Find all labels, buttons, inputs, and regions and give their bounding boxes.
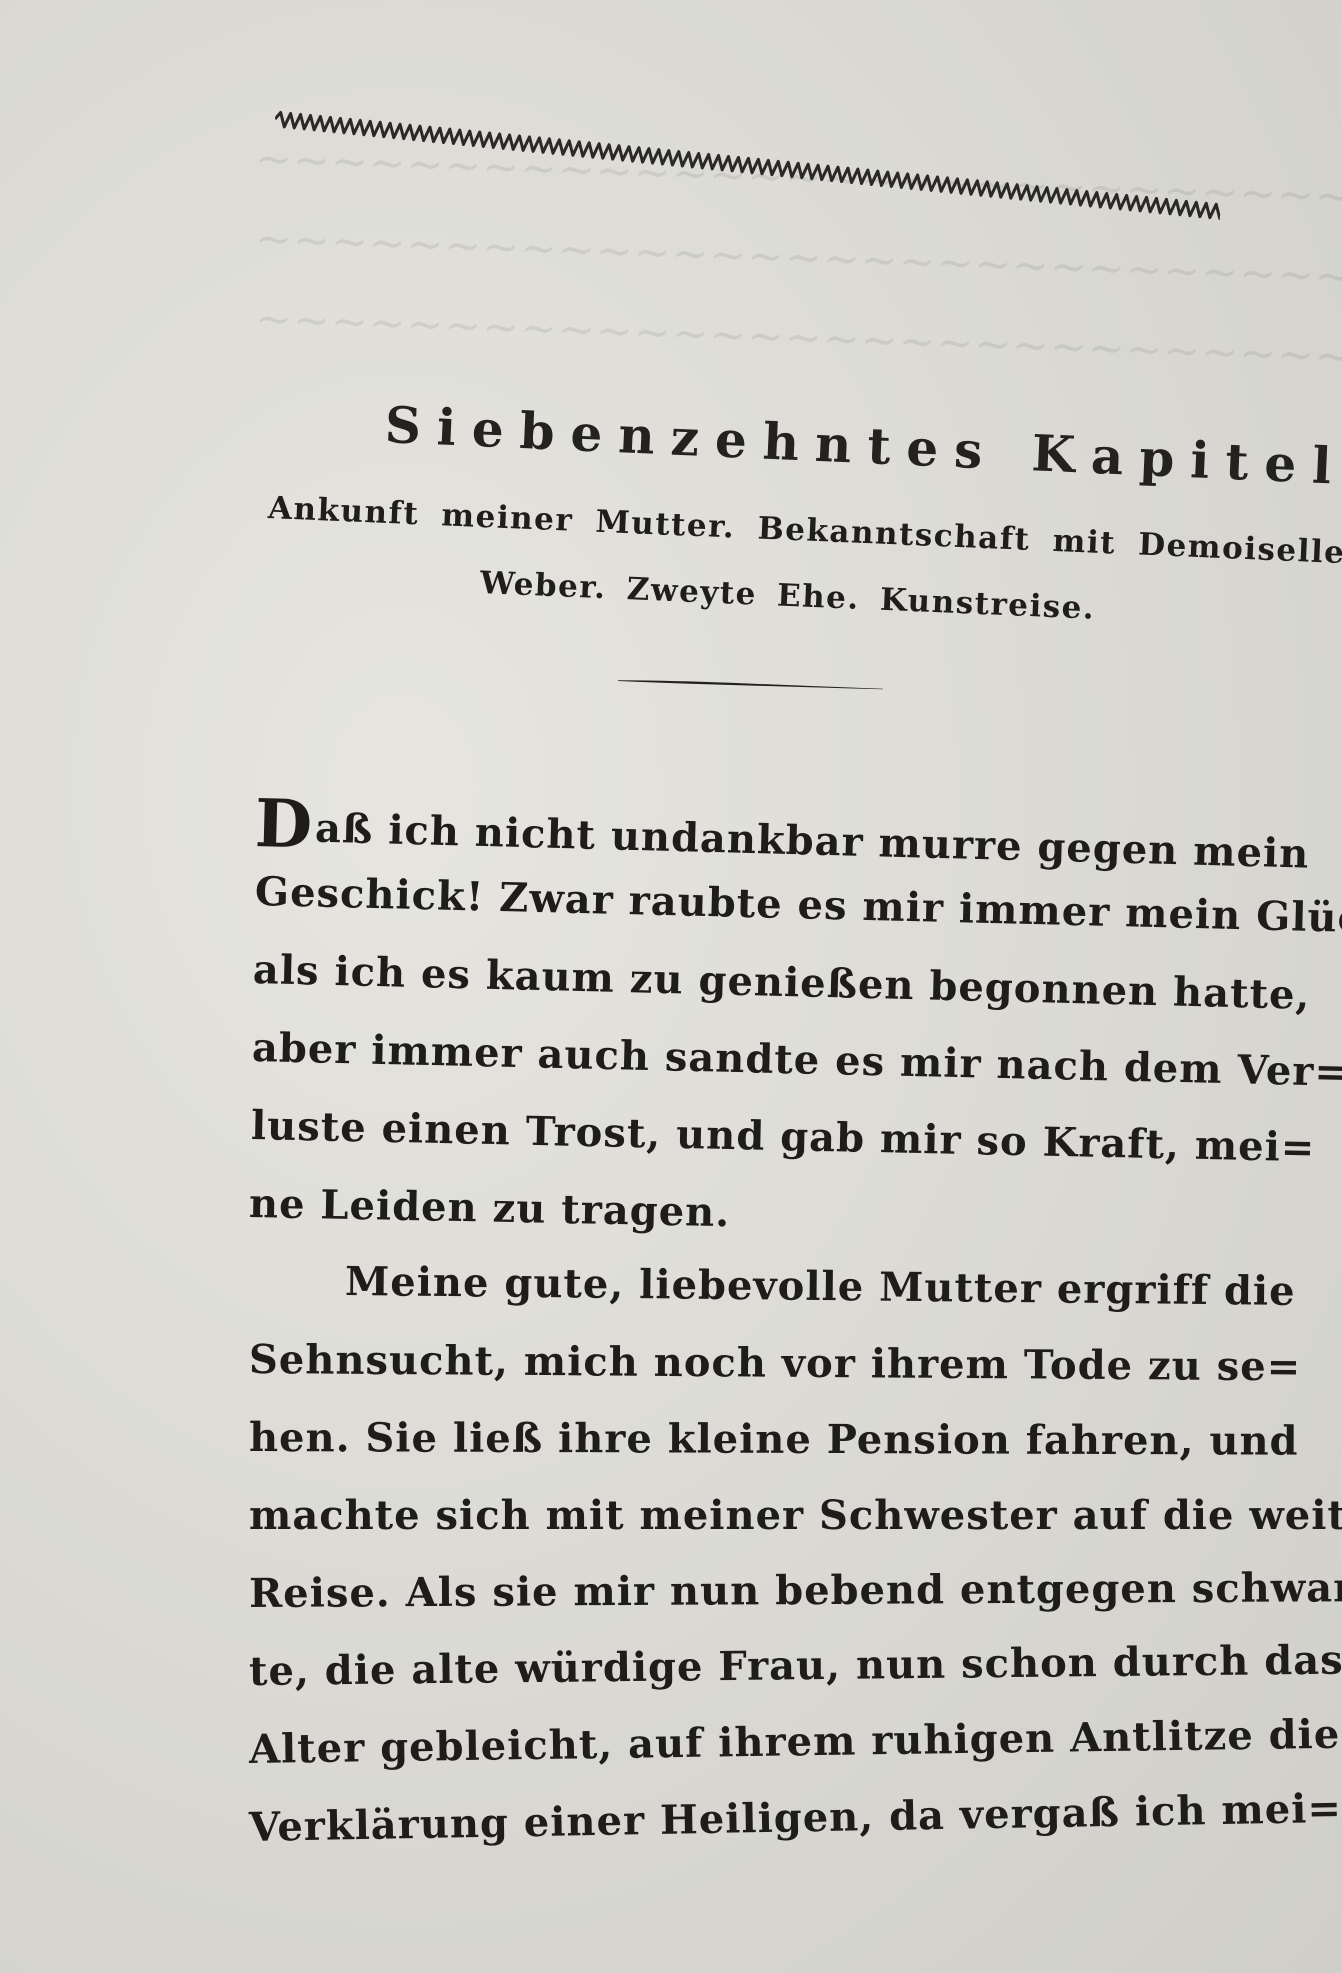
body-text-line: Meine gute, liebevolle Mutter ergriff di… [345, 1258, 1296, 1315]
body-text-line: machte sich mit meiner Schwester auf die… [249, 1492, 1342, 1539]
chapter-summary-line: Weber. Zweyte Ehe. Kunstreise. [479, 565, 1096, 627]
show-through-text: ~~~~~~~~~~~~~~~~~~~~~~~~~~~~~~~ [254, 213, 1215, 297]
drop-cap: D [254, 784, 314, 863]
body-text-line: als ich es kaum zu genießen begonnen hat… [252, 946, 1311, 1019]
body-text-line: hen. Sie ließ ihre kleine Pension fahren… [249, 1414, 1299, 1465]
short-divider-rule [618, 677, 883, 691]
body-text-line: Sehnsucht, mich noch vor ihrem Tode zu s… [249, 1336, 1302, 1390]
body-text-line: Verklärung einer Heiligen, da vergaß ich… [249, 1785, 1342, 1851]
chapter-summary-line: Ankunft meiner Mutter. Bekanntschaft mit… [267, 490, 1342, 571]
body-text-line: Daß ich nicht undankbar murre gegen mein [254, 790, 1310, 884]
body-text-line: aber immer auch sandte es mir nach dem V… [251, 1024, 1342, 1096]
show-through-text: ~~~~~~~~~~~~~~~~~~~~~~~~~~~~~~~ [254, 293, 1215, 377]
body-text-line: te, die alte würdige Frau, nun schon dur… [249, 1637, 1342, 1695]
chapter-title: Siebenzehntes Kapitel. [384, 395, 1146, 487]
body-text-line: Alter gebleicht, auf ihrem ruhigen Antli… [249, 1711, 1341, 1773]
body-text-line: ne Leiden zu tragen. [249, 1180, 731, 1236]
body-text-line: Reise. Als sie mir nun bebend entgegen s… [249, 1564, 1342, 1617]
body-text-line: luste einen Trost, und gab mir so Kraft,… [251, 1102, 1316, 1171]
book-page: ~~~~~~~~~~~~~~~~~~~~~~~~~~~~~~~ ~~~~~~~~… [0, 0, 1342, 1973]
